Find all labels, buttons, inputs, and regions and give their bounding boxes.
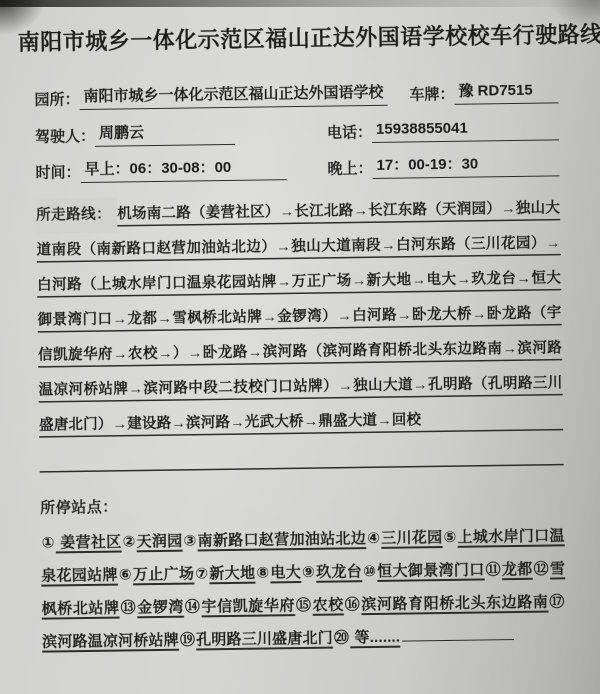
stop-number: ⑤ — [442, 529, 457, 546]
stop-name: 新大地 — [209, 565, 255, 583]
stops-list: ① 姜营社区②天润园③南新路口赵营加油站北边④三川花园⑤上城水岸门口温泉花园站牌… — [40, 519, 566, 658]
stop-name: 三川花园 — [381, 529, 443, 547]
stop-name: 孔明路三川盛唐北门 — [196, 630, 333, 649]
phone-field: 电话： 15938855041 — [327, 116, 559, 143]
time-row: 时间： 早上：06：30-08：00 晚上： 17：00-19：30 — [35, 152, 559, 183]
stop-name: 龙都 — [502, 561, 533, 578]
stop-name: 滨河路温凉河桥站牌 — [42, 632, 179, 651]
stop-number: ⑨ — [301, 564, 316, 581]
page-title: 南阳市城乡一体化示范区福山正达外国语学校校车行驶路线 — [18, 20, 558, 58]
stop-number: ⑦ — [194, 565, 209, 582]
stop-number: ⑪ — [484, 561, 502, 578]
stops-label: 所停站点： — [40, 489, 564, 517]
stop-number: ⑳ — [333, 629, 350, 646]
stop-name: 农校 — [312, 596, 343, 613]
school-plate-row: 园所： 南阳市城乡一体化示范区福山正达外国语学校 车牌： 豫 RD7515 — [34, 79, 558, 110]
stop-name: 万止广场 — [133, 565, 195, 583]
paper-sheet: 南阳市城乡一体化示范区福山正达外国语学校校车行驶路线 园所： 南阳市城乡一体化示… — [0, 0, 600, 694]
stop-name: 滨河路育阳桥北头东边路南 — [361, 594, 548, 614]
driver-label: 驾驶人： — [35, 126, 95, 148]
route-paragraph: 所走路线：机场南二路（姜营社区）→长江北路→长江东路（天润园）→独山大道南段（南… — [36, 191, 564, 481]
plate-value: 豫 RD7515 — [454, 79, 558, 104]
evening-time-field: 晚上： 17：00-19：30 — [327, 152, 559, 179]
driver-phone-row: 驾驶人： 周鹏云 电话： 15938855041 — [35, 116, 559, 147]
stop-name: 玖龙台 — [316, 563, 362, 581]
stop-name: 天润园 — [136, 533, 182, 551]
stop-number: ⑥ — [118, 566, 133, 583]
evening-time-value: 17：00-19：30 — [372, 152, 559, 179]
document-photo: 南阳市城乡一体化示范区福山正达外国语学校校车行驶路线 园所： 南阳市城乡一体化示… — [0, 0, 600, 694]
stop-number: ⑰ — [548, 593, 565, 610]
evening-time-label: 晚上： — [327, 158, 372, 180]
plate-label: 车牌： — [409, 84, 454, 106]
stop-number: ⑩ — [362, 563, 377, 580]
stop-name: 金锣湾 — [137, 599, 184, 617]
stop-name: 南新路口赵营加油站北边 — [197, 530, 366, 549]
stops-tail-underline — [402, 638, 514, 642]
stop-name: 恒大御景湾门口 — [377, 561, 485, 579]
stop-number: ② — [121, 533, 136, 550]
stop-number: ⑯ — [344, 596, 362, 613]
school-field: 园所： 南阳市城乡一体化示范区福山正达外国语学校 — [34, 82, 387, 111]
school-label: 园所： — [34, 89, 79, 111]
stop-number: ⑫ — [532, 561, 550, 578]
morning-time-field: 时间： 早上：06：30-08：00 — [35, 156, 327, 184]
school-value: 南阳市城乡一体化示范区福山正达外国语学校 — [79, 82, 387, 110]
stop-number: ⑭ — [184, 598, 202, 615]
time-label: 时间： — [35, 162, 80, 184]
stop-name: 姜营社区 — [56, 534, 122, 552]
stop-number: ④ — [366, 530, 381, 547]
stop-number: ⑮ — [295, 597, 313, 614]
morning-time-value: 早上：06：30-08：00 — [80, 156, 286, 183]
stop-number: ⑬ — [119, 599, 137, 616]
stop-name: 等....... — [350, 629, 400, 647]
document-content: 南阳市城乡一体化示范区福山正达外国语学校校车行驶路线 园所： 南阳市城乡一体化示… — [0, 0, 600, 659]
driver-value: 周鹏云 — [95, 121, 235, 147]
stop-name: 电大 — [270, 564, 301, 581]
route-text: 机场南二路（姜营社区）→长江北路→长江东路（天润园）→独山大道南段（南新路口赵营… — [37, 200, 563, 433]
phone-label: 电话： — [327, 122, 372, 144]
stop-number: ③ — [182, 532, 197, 549]
stop-number: ⑧ — [255, 564, 270, 581]
driver-field: 驾驶人： 周鹏云 — [35, 120, 327, 148]
stop-name: 宇信凯旋华府 — [201, 597, 295, 615]
stop-number: ① — [41, 534, 56, 551]
stop-number: ⑲ — [179, 631, 196, 648]
plate-field: 车牌： 豫 RD7515 — [409, 79, 558, 105]
route-label: 所走路线： — [36, 198, 117, 234]
phone-value: 15938855041 — [372, 116, 559, 143]
